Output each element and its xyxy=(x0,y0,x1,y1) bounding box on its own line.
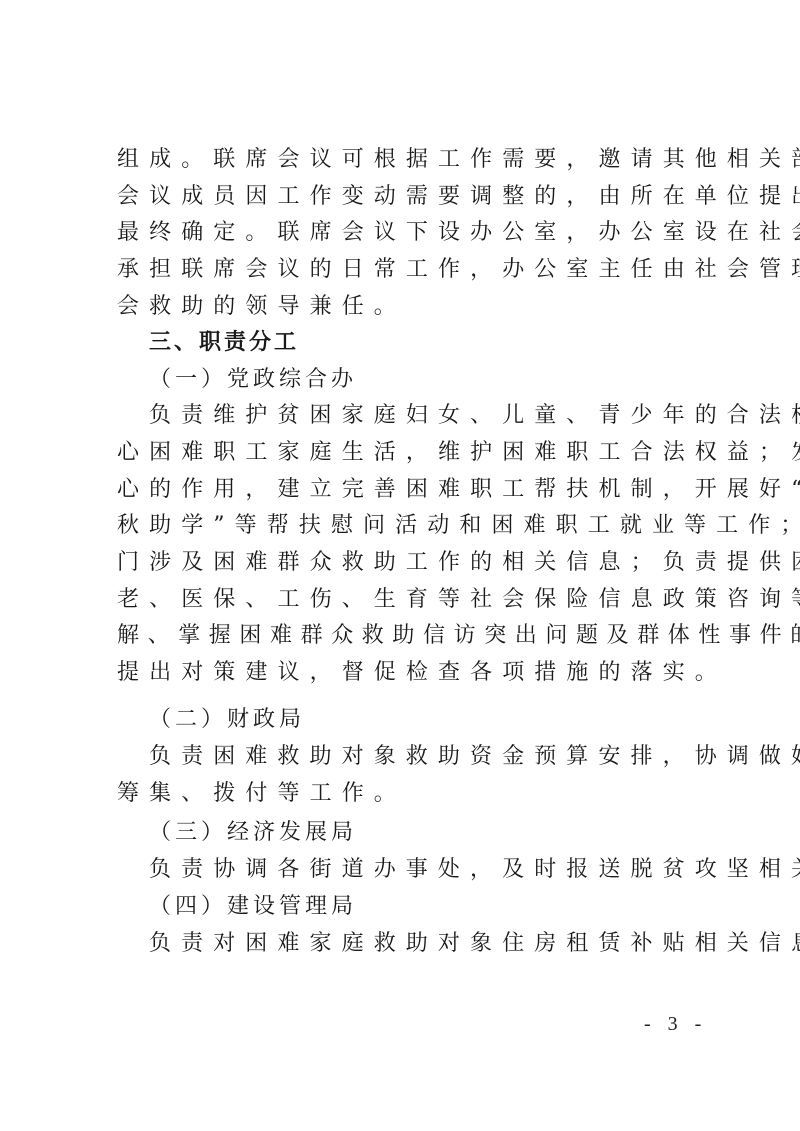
body-text-line: 会议成员因工作变动需要调整的，由所在单位提出，由联席会议 xyxy=(117,179,702,215)
page-number: - 3 - xyxy=(644,1013,707,1036)
body-text-line: 负责协调各街道办事处，及时报送脱贫攻坚相关数据信息。 xyxy=(149,852,702,888)
body-text-line: 提出对策建议，督促检查各项措施的落实。 xyxy=(117,655,702,691)
body-text-line: 最终确定。联席会议下设办公室，办公室设在社会管理服务局， xyxy=(117,215,702,251)
body-text-line: 秋助学”等帮扶慰问活动和困难职工就业等工作；负责提供本部 xyxy=(117,508,702,544)
body-text-line: 会救助的领导兼任。 xyxy=(117,289,702,325)
body-text-line: 负责困难救助对象救助资金预算安排，协调做好救助资金的 xyxy=(149,739,702,775)
body-text-line: 负责对困难家庭救助对象住房租赁补贴相关信息审核、上报 xyxy=(149,926,702,962)
section-heading: 三、职责分工 xyxy=(149,325,734,361)
subsection-title: （二）财政局 xyxy=(149,702,734,738)
body-text-line: 解、掌握困难群众救助信访突出问题及群体性事件的情况和动态， xyxy=(117,618,702,654)
body-text-line: 承担联席会议的日常工作，办公室主任由社会管理服务局分管社 xyxy=(117,252,702,288)
document-page: 组成。联席会议可根据工作需要，邀请其他相关部门参加。联席 会议成员因工作变动需要… xyxy=(0,0,800,1131)
body-text-line: 心的作用，建立完善困难职工帮扶机制，开展好“送温暖”、“金 xyxy=(117,472,702,508)
subsection-title: （一）党政综合办 xyxy=(149,362,734,398)
subsection-title: （三）经济发展局 xyxy=(149,815,734,851)
body-text-line: 老、医保、工伤、生育等社会保险信息政策咨询等工作；负责了 xyxy=(117,582,702,618)
subsection-title: （四）建设管理局 xyxy=(149,889,734,925)
body-text-line: 心困难职工家庭生活，维护困难职工合法权益；发挥职工服务中 xyxy=(117,435,702,471)
body-text-line: 负责维护贫困家庭妇女、儿童、青少年的合法权益；负责关 xyxy=(149,398,702,434)
body-text-line: 筹集、拨付等工作。 xyxy=(117,776,702,812)
body-text-line: 组成。联席会议可根据工作需要，邀请其他相关部门参加。联席 xyxy=(117,142,702,178)
body-text-line: 门涉及困难群众救助工作的相关信息；负责提供困难救助对象养 xyxy=(117,545,702,581)
